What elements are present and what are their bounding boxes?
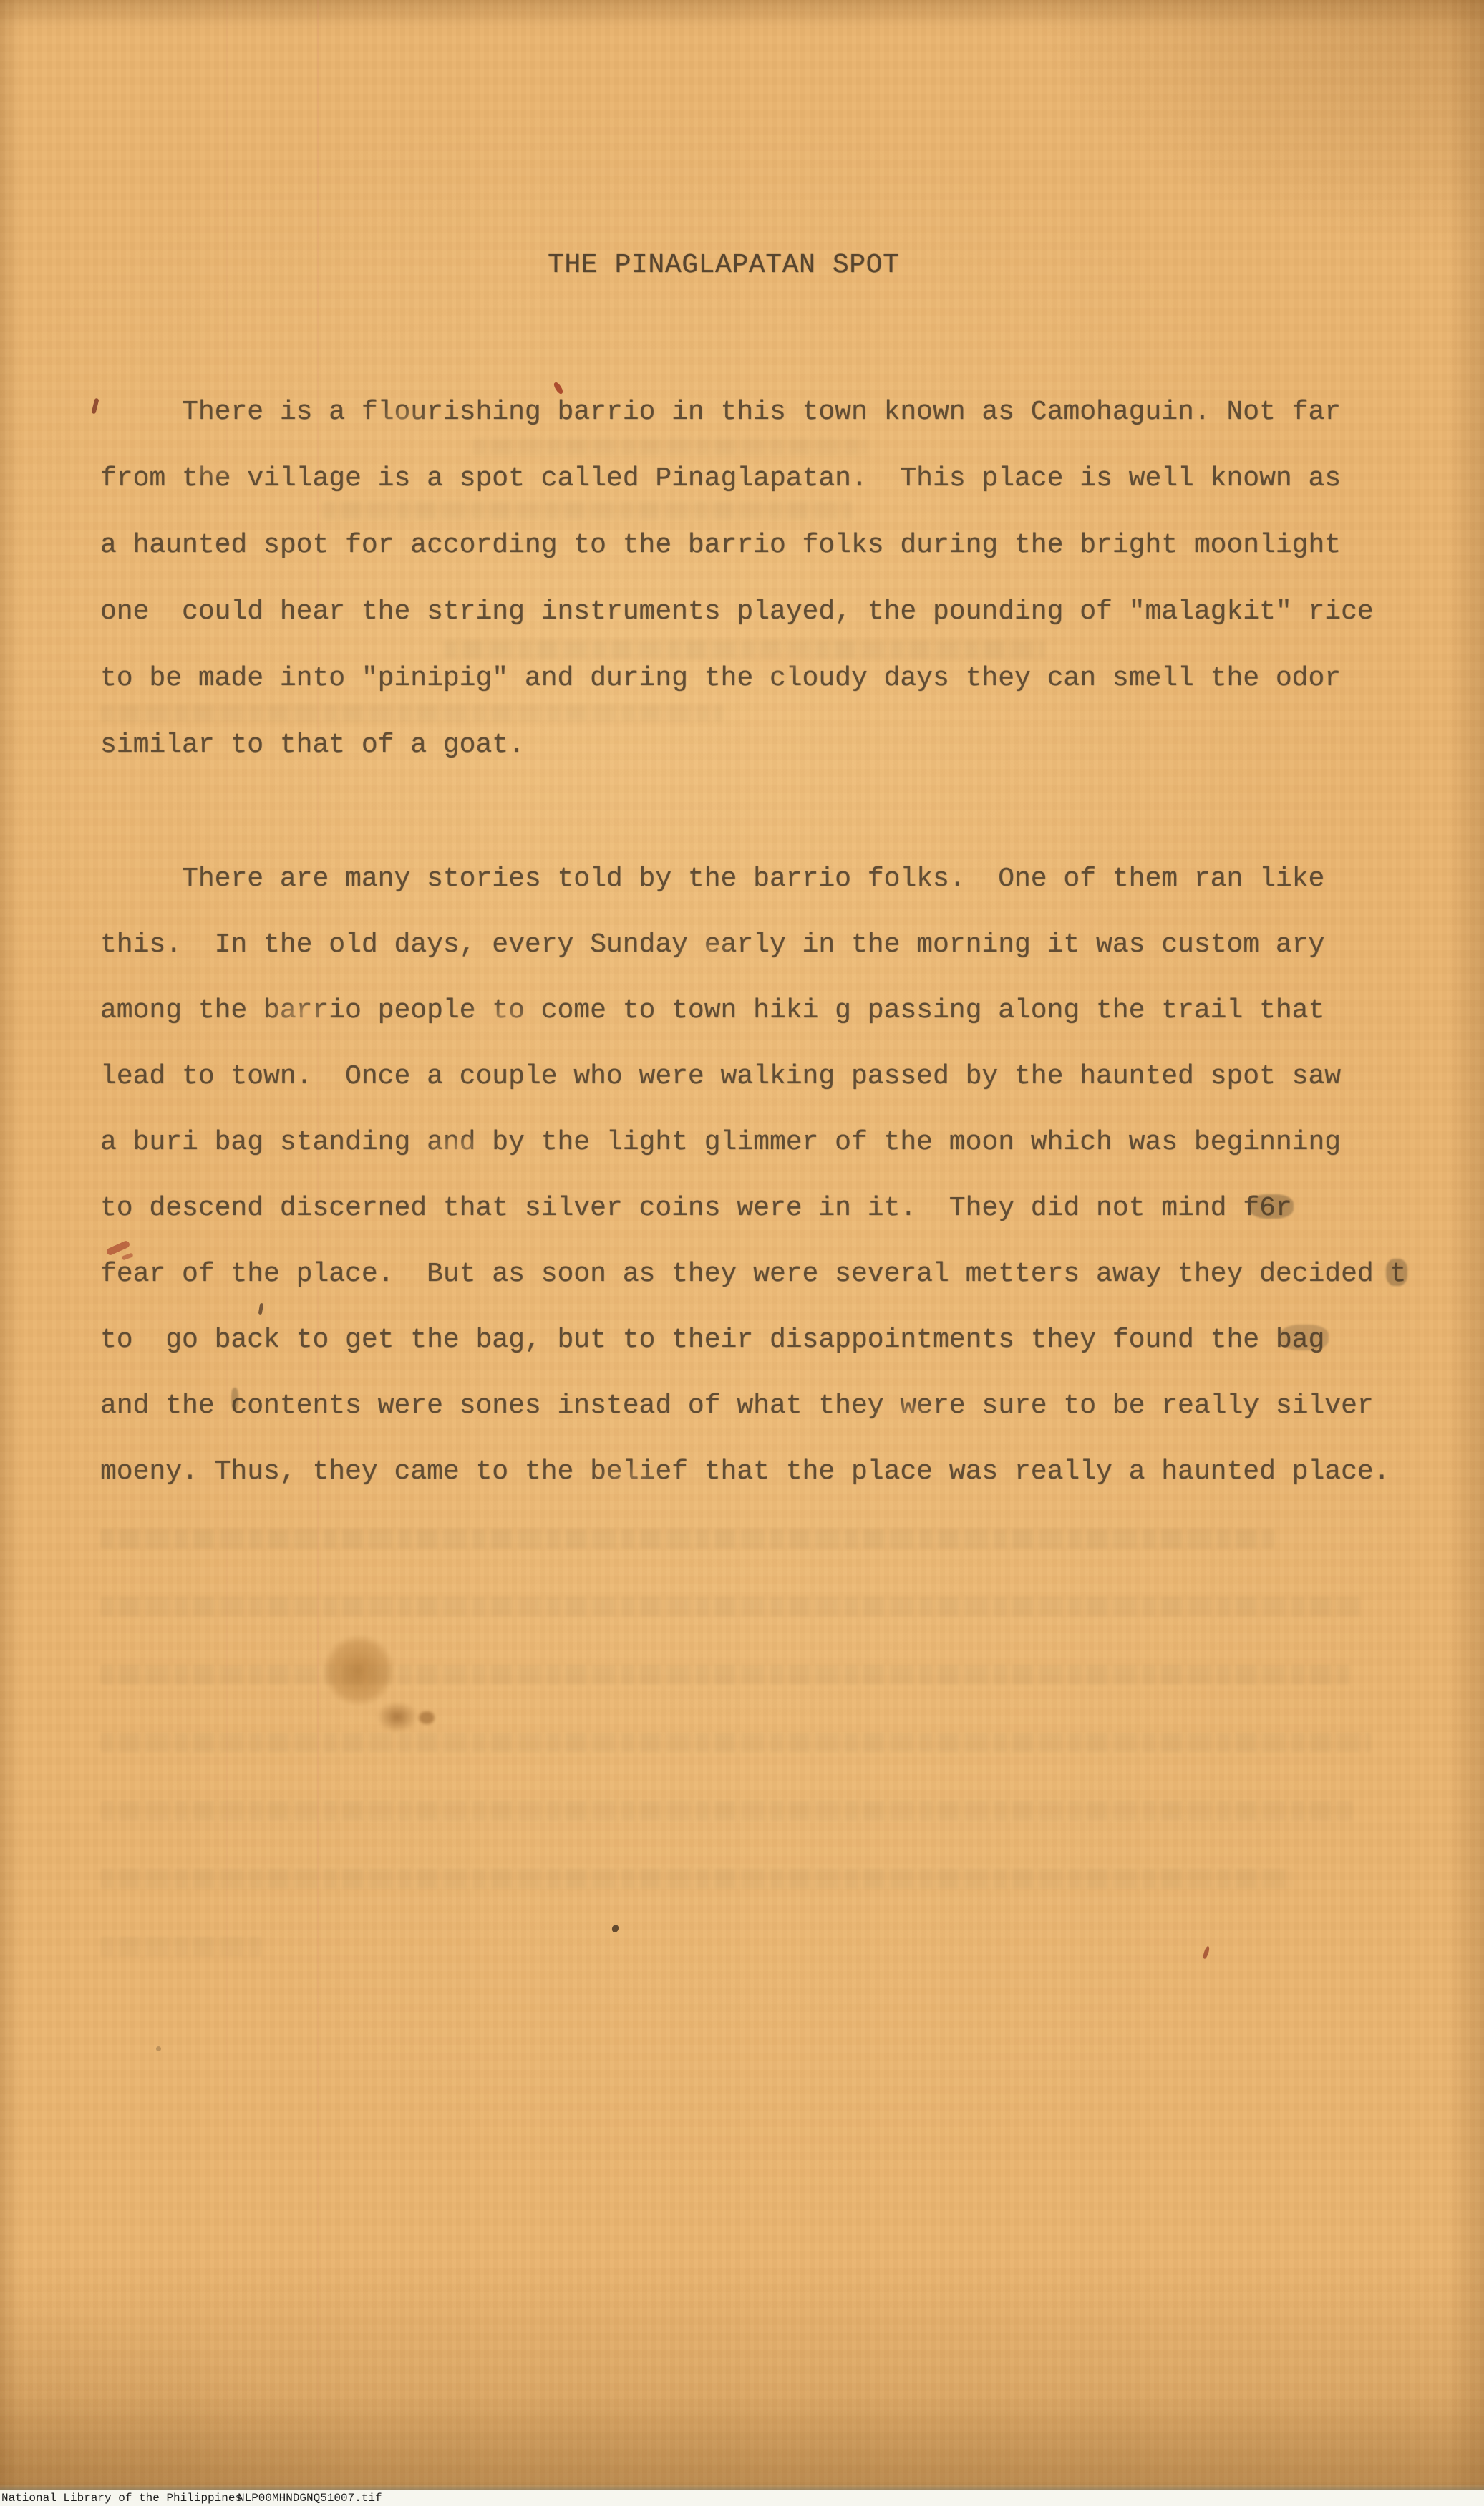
footer-library-label: National Library of the Philippines — [1, 2490, 242, 2506]
text-line: and the contents were sones instead of w… — [100, 1373, 1406, 1439]
text-line: to descend discerned that silver coins w… — [100, 1176, 1406, 1242]
text-line: similar to that of a goat. — [100, 712, 1374, 778]
text-line: lead to town. Once a couple who were wal… — [100, 1044, 1406, 1110]
text-line: a buri bag standing and by the light gli… — [100, 1110, 1406, 1176]
ghost-text-line — [100, 1597, 1360, 1617]
paragraph-2: There are many stories told by the barri… — [100, 846, 1406, 1505]
ghost-text-line — [100, 1733, 1371, 1753]
ghost-text-line — [100, 1529, 1274, 1549]
ghost-text-line — [100, 1665, 1349, 1685]
text-line: a haunted spot for according to the barr… — [100, 512, 1374, 579]
text-line: There are many stories told by the barri… — [100, 846, 1406, 912]
text-line: There is a flourishing barrio in this to… — [100, 379, 1374, 445]
ghost-text-line — [100, 1801, 1353, 1821]
text-line: one could hear the string instruments pl… — [100, 579, 1374, 645]
stray-apostrophe-mark — [91, 398, 99, 415]
footer-filename: NLP00MHNDGNQ51007.tif — [238, 2490, 382, 2506]
dirt-speck — [156, 2046, 161, 2051]
text-line: to be made into "pinipig" and during the… — [100, 645, 1374, 712]
ghost-text-line — [100, 1937, 261, 1957]
scanned-document-page: THE PINAGLAPATAN SPOT There is a flouris… — [0, 0, 1484, 2506]
ghost-text-line — [100, 1869, 1292, 1889]
ink-stain — [419, 1711, 435, 1724]
paper-bottom-edge — [0, 2484, 1484, 2490]
dirt-speck — [611, 1924, 619, 1933]
text-line: from the village is a spot called Pinagl… — [100, 445, 1374, 512]
red-tick-mark — [1202, 1946, 1210, 1960]
text-line: among the barrio people to come to town … — [100, 978, 1406, 1044]
scan-edge-shadow — [0, 2391, 1484, 2485]
scanner-footer-bar: National Library of the Philippines NLP0… — [0, 2490, 1484, 2506]
text-line: this. In the old days, every Sunday earl… — [100, 912, 1406, 978]
text-line: moeny. Thus, they came to the belief tha… — [100, 1439, 1406, 1505]
text-line: to go back to get the bag, but to their … — [100, 1307, 1406, 1373]
ink-stain — [369, 1695, 426, 1738]
document-title: THE PINAGLAPATAN SPOT — [548, 250, 899, 281]
text-line: fear of the place. But as soon as they w… — [100, 1242, 1406, 1307]
paragraph-1: There is a flourishing barrio in this to… — [100, 379, 1374, 778]
